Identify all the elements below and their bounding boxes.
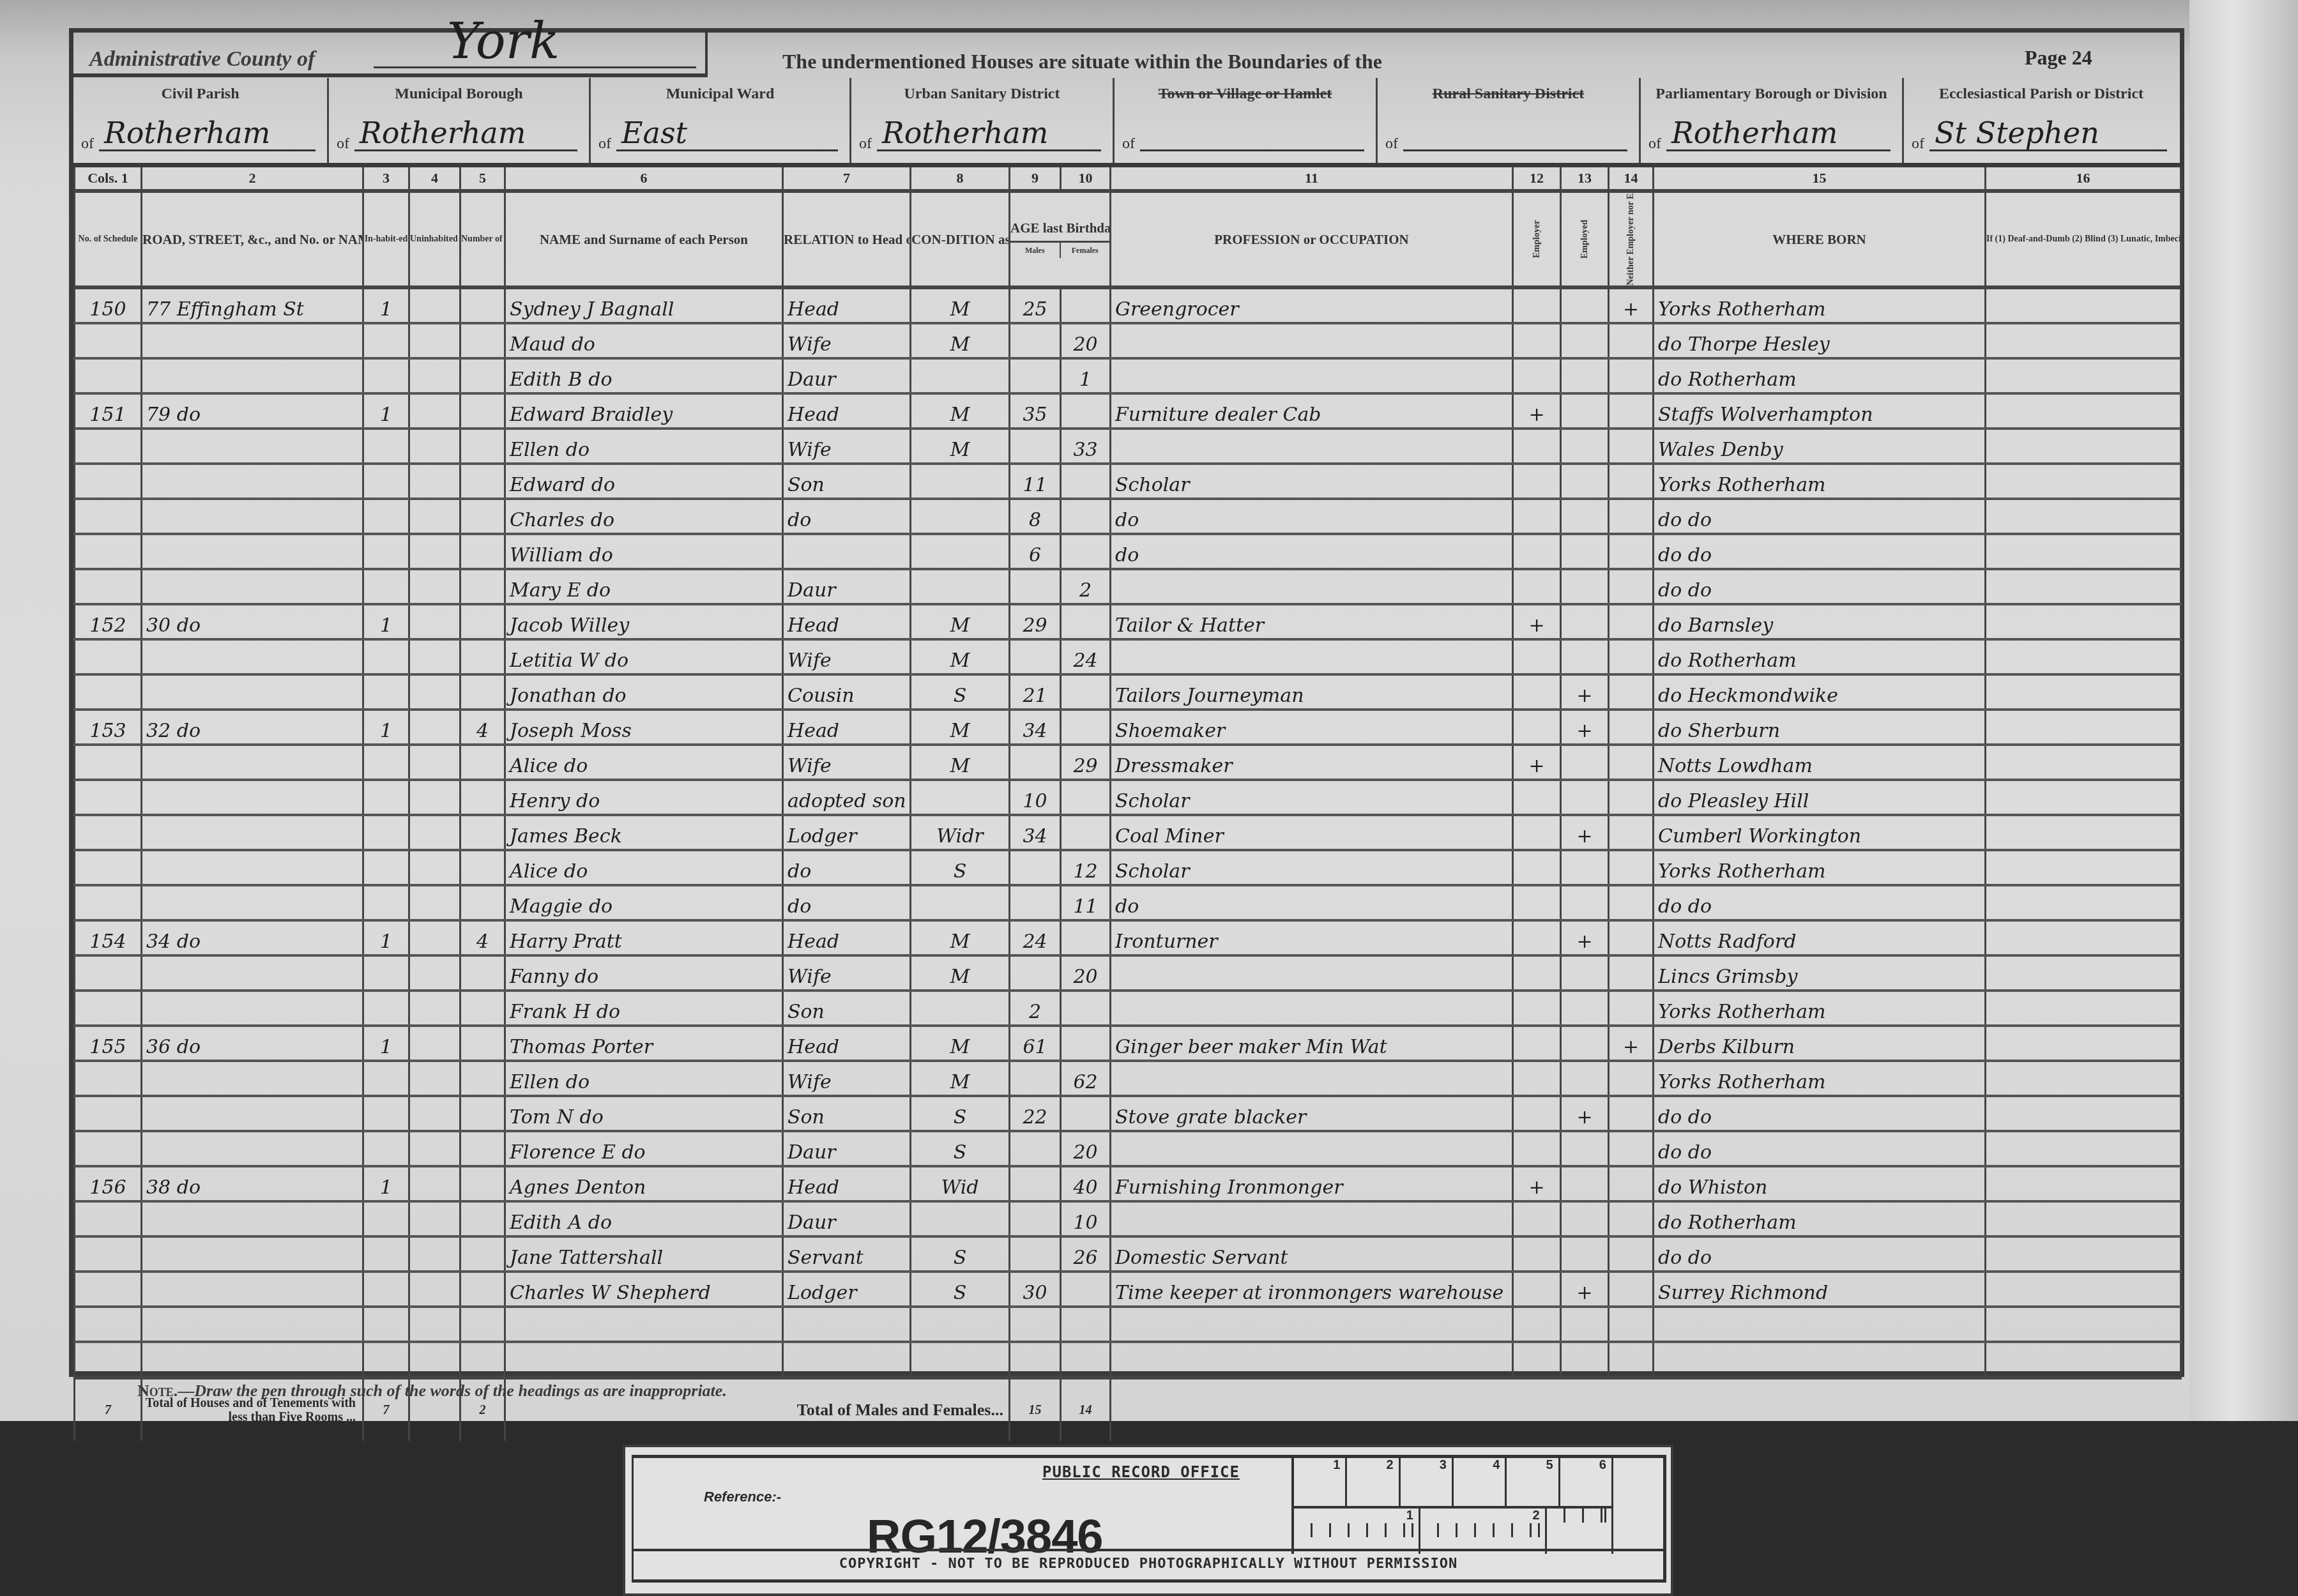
cell-female xyxy=(1061,604,1111,639)
cell-road xyxy=(142,885,363,920)
cell-born: do do xyxy=(1654,534,1986,569)
cell-employed xyxy=(1561,1131,1609,1166)
cell-condition xyxy=(911,991,1010,1026)
cell-name: Charles W Shepherd xyxy=(505,1272,783,1307)
cell-schedule xyxy=(75,429,142,464)
cell-relation: Servant xyxy=(783,1236,911,1272)
cell-road xyxy=(142,745,363,780)
header-where-born: WHERE BORN xyxy=(1654,191,1986,287)
census-table: Cols. 1 2 3 4 5 6 7 8 9 10 11 12 13 14 1… xyxy=(73,167,2182,1441)
cell-road: 32 do xyxy=(142,710,363,745)
ruler-mark xyxy=(1547,1509,1613,1554)
column-numbers-row: Cols. 1 2 3 4 5 6 7 8 9 10 11 12 13 14 1… xyxy=(75,167,2181,191)
cell-employed: + xyxy=(1561,920,1609,955)
cell-employed xyxy=(1561,1342,1609,1378)
cell-female xyxy=(1061,393,1111,429)
colnum: 2 xyxy=(142,167,363,191)
cell-infirmity xyxy=(1986,1166,2181,1201)
cell-name: Tom N do xyxy=(505,1096,783,1131)
cell-rooms xyxy=(460,815,505,850)
cell-name: Frank H do xyxy=(505,991,783,1026)
cell-uninhabited xyxy=(409,991,460,1026)
cell-employed xyxy=(1561,780,1609,815)
district-parliamentary: Parliamentary Borough or Division of Rot… xyxy=(1641,78,1904,163)
cell-occupation xyxy=(1111,1131,1513,1166)
cell-condition xyxy=(911,569,1010,604)
cell-male: 29 xyxy=(1010,604,1061,639)
cell-road xyxy=(142,1307,363,1342)
cell-schedule xyxy=(75,323,142,358)
cell-male: 8 xyxy=(1010,499,1061,534)
district-of: of xyxy=(1648,135,1661,153)
cell-female xyxy=(1061,534,1111,569)
cell-inhabited xyxy=(363,850,409,885)
cell-inhabited xyxy=(363,1236,409,1272)
cell-infirmity xyxy=(1986,499,2181,534)
cell-male: 11 xyxy=(1010,464,1061,499)
cell-schedule xyxy=(75,815,142,850)
cell-schedule xyxy=(75,499,142,534)
header-age-label: AGE last Birthday of xyxy=(1010,220,1109,236)
cell-infirmity xyxy=(1986,1236,2181,1272)
cell-employed xyxy=(1561,429,1609,464)
cell-infirmity xyxy=(1986,745,2181,780)
cell-born: Yorks Rotherham xyxy=(1654,464,1986,499)
cell-born: Yorks Rotherham xyxy=(1654,287,1986,323)
cell-schedule: 152 xyxy=(75,604,142,639)
cell-uninhabited xyxy=(409,429,460,464)
cell-employed xyxy=(1561,323,1609,358)
cell-occupation: do xyxy=(1111,885,1513,920)
cell-inhabited xyxy=(363,955,409,991)
cell-schedule xyxy=(75,991,142,1026)
cell-relation: Wife xyxy=(783,323,911,358)
cell-relation: Cousin xyxy=(783,674,911,710)
cell-schedule: 150 xyxy=(75,287,142,323)
cell-schedule xyxy=(75,1272,142,1307)
cell-female xyxy=(1061,464,1111,499)
cell-road xyxy=(142,323,363,358)
cell-occupation: Furniture dealer Cab xyxy=(1111,393,1513,429)
cell-employer xyxy=(1513,780,1561,815)
cell-infirmity xyxy=(1986,885,2181,920)
cell-born: Derbs Kilburn xyxy=(1654,1026,1986,1061)
colnum: 10 xyxy=(1061,167,1111,191)
cell-relation: Head xyxy=(783,604,911,639)
cell-neither xyxy=(1609,323,1654,358)
cell-employed xyxy=(1561,569,1609,604)
cell-inhabited xyxy=(363,1272,409,1307)
cell-rooms xyxy=(460,850,505,885)
cell-neither xyxy=(1609,499,1654,534)
cell-occupation: Stove grate blacker xyxy=(1111,1096,1513,1131)
cell-name: Edith B do xyxy=(505,358,783,393)
cell-relation xyxy=(783,1307,911,1342)
cell-relation: Son xyxy=(783,991,911,1026)
cell-uninhabited xyxy=(409,920,460,955)
table-row: Alice doWifeM29Dressmaker+Notts Lowdham xyxy=(75,745,2181,780)
cell-infirmity xyxy=(1986,1272,2181,1307)
cell-name: Alice do xyxy=(505,745,783,780)
cell-rooms xyxy=(460,429,505,464)
cell-schedule xyxy=(75,780,142,815)
cell-male: 10 xyxy=(1010,780,1061,815)
table-row: James BeckLodgerWidr34Coal Miner+Cumberl… xyxy=(75,815,2181,850)
cell-name: Ellen do xyxy=(505,1061,783,1096)
cell-female xyxy=(1061,1342,1111,1378)
table-row: 15077 Effingham St1Sydney J BagnallHeadM… xyxy=(75,287,2181,323)
cell-employer xyxy=(1513,1131,1561,1166)
colnum: 15 xyxy=(1654,167,1986,191)
cell-neither xyxy=(1609,393,1654,429)
reference-label: Reference:- xyxy=(704,1489,781,1505)
table-row: Ellen doWifeM62Yorks Rotherham xyxy=(75,1061,2181,1096)
cell-female xyxy=(1061,815,1111,850)
cell-rooms xyxy=(460,358,505,393)
cell-male xyxy=(1010,639,1061,674)
cell-neither xyxy=(1609,604,1654,639)
cell-condition: Wid xyxy=(911,1166,1010,1201)
cell-inhabited xyxy=(363,1061,409,1096)
ruler-mark: 4 xyxy=(1454,1458,1507,1506)
cell-occupation: Tailors Journeyman xyxy=(1111,674,1513,710)
table-row: Edith B doDaur1do Rotherham xyxy=(75,358,2181,393)
cell-female: 33 xyxy=(1061,429,1111,464)
cell-inhabited xyxy=(363,1201,409,1236)
cell-infirmity xyxy=(1986,1201,2181,1236)
ruler-ticks xyxy=(1420,1523,1540,1537)
cell-female: 20 xyxy=(1061,955,1111,991)
cell-uninhabited xyxy=(409,569,460,604)
cell-male xyxy=(1010,955,1061,991)
cell-condition: M xyxy=(911,604,1010,639)
cell-rooms xyxy=(460,745,505,780)
cell-neither xyxy=(1609,1096,1654,1131)
cell-relation: Wife xyxy=(783,639,911,674)
cell-female: 2 xyxy=(1061,569,1111,604)
cell-relation: Wife xyxy=(783,429,911,464)
header-employer: Employer xyxy=(1513,191,1561,287)
cell-road xyxy=(142,639,363,674)
cell-employer xyxy=(1513,920,1561,955)
cell-neither xyxy=(1609,815,1654,850)
cell-schedule xyxy=(75,1131,142,1166)
cell-infirmity xyxy=(1986,639,2181,674)
cell-rooms xyxy=(460,1096,505,1131)
cell-condition: M xyxy=(911,323,1010,358)
district-municipal-borough: Municipal Borough of Rotherham xyxy=(329,78,591,163)
cell-name: Fanny do xyxy=(505,955,783,991)
cell-inhabited xyxy=(363,780,409,815)
cell-rooms xyxy=(460,499,505,534)
cell-schedule xyxy=(75,1061,142,1096)
cell-infirmity xyxy=(1986,1096,2181,1131)
cell-born: do Heckmondwike xyxy=(1654,674,1986,710)
cell-name: Jonathan do xyxy=(505,674,783,710)
cell-rooms xyxy=(460,323,505,358)
cell-inhabited: 1 xyxy=(363,1026,409,1061)
cell-name: Edward do xyxy=(505,464,783,499)
cell-relation: Head xyxy=(783,393,911,429)
cell-schedule xyxy=(75,955,142,991)
cell-employer xyxy=(1513,1201,1561,1236)
cell-road xyxy=(142,1342,363,1378)
ruler-mark: 5 xyxy=(1507,1458,1560,1506)
cell-employed xyxy=(1561,604,1609,639)
cell-male xyxy=(1010,745,1061,780)
cell-neither xyxy=(1609,745,1654,780)
cell-employed xyxy=(1561,991,1609,1026)
cell-name: Thomas Porter xyxy=(505,1026,783,1061)
cell-neither: + xyxy=(1609,287,1654,323)
cell-employer xyxy=(1513,674,1561,710)
cell-female xyxy=(1061,1307,1111,1342)
cell-neither xyxy=(1609,429,1654,464)
cell-male: 34 xyxy=(1010,710,1061,745)
cell-born: Wales Denby xyxy=(1654,429,1986,464)
district-of: of xyxy=(81,135,94,153)
cell-relation: Head xyxy=(783,1026,911,1061)
cell-female: 26 xyxy=(1061,1236,1111,1272)
cell-rooms xyxy=(460,393,505,429)
county-label: Administrative County of xyxy=(89,47,315,72)
cell-uninhabited xyxy=(409,287,460,323)
cell-infirmity xyxy=(1986,358,2181,393)
cell-occupation: Coal Miner xyxy=(1111,815,1513,850)
cell-female: 20 xyxy=(1061,323,1111,358)
cell-employer xyxy=(1513,1342,1561,1378)
cell-rooms xyxy=(460,464,505,499)
cell-rooms xyxy=(460,1131,505,1166)
cell-name: Joseph Moss xyxy=(505,710,783,745)
district-value: Rotherham xyxy=(882,116,1048,150)
cell-occupation: Scholar xyxy=(1111,464,1513,499)
cell-uninhabited xyxy=(409,674,460,710)
cell-relation: Son xyxy=(783,464,911,499)
district-value: East xyxy=(621,116,687,150)
cell-rooms xyxy=(460,569,505,604)
header-uninhabited: Uninhabited (U.) or Building (B.) xyxy=(409,191,460,287)
cell-inhabited: 1 xyxy=(363,1166,409,1201)
cell-occupation xyxy=(1111,323,1513,358)
cell-neither xyxy=(1609,850,1654,885)
cell-relation: Wife xyxy=(783,955,911,991)
table-row: Charles dodo8dodo do xyxy=(75,499,2181,534)
header-neither: Neither Employer nor Employed xyxy=(1609,191,1654,287)
cell-schedule xyxy=(75,569,142,604)
cell-condition: M xyxy=(911,710,1010,745)
cell-inhabited xyxy=(363,639,409,674)
table-row: Maud doWifeM20do Thorpe Hesley xyxy=(75,323,2181,358)
cell-rooms xyxy=(460,1061,505,1096)
district-label: Town or Village or Hamlet xyxy=(1115,86,1376,102)
cell-road xyxy=(142,991,363,1026)
cell-rooms xyxy=(460,534,505,569)
cell-relation: do xyxy=(783,885,911,920)
cell-neither xyxy=(1609,1061,1654,1096)
cell-inhabited xyxy=(363,1342,409,1378)
district-label: Municipal Borough xyxy=(329,86,589,102)
cell-condition: M xyxy=(911,393,1010,429)
ruler-mark: 2 xyxy=(1420,1509,1547,1554)
cell-relation: Head xyxy=(783,287,911,323)
cell-uninhabited xyxy=(409,1166,460,1201)
census-rows: 15077 Effingham St1Sydney J BagnallHeadM… xyxy=(75,287,2181,1378)
cell-name: Maggie do xyxy=(505,885,783,920)
cell-born: Notts Radford xyxy=(1654,920,1986,955)
cell-uninhabited xyxy=(409,1131,460,1166)
cell-uninhabited xyxy=(409,639,460,674)
cell-rooms xyxy=(460,885,505,920)
cell-condition xyxy=(911,1201,1010,1236)
cell-neither xyxy=(1609,534,1654,569)
form-note: Note.—Draw the pen through such of the w… xyxy=(137,1381,727,1401)
cell-condition: Widr xyxy=(911,815,1010,850)
cell-occupation: Ironturner xyxy=(1111,920,1513,955)
cell-road: 79 do xyxy=(142,393,363,429)
cell-male: 30 xyxy=(1010,1272,1061,1307)
cell-born: do do xyxy=(1654,569,1986,604)
cell-occupation xyxy=(1111,358,1513,393)
table-row: 15638 do1Agnes DentonHeadWid40Furnishing… xyxy=(75,1166,2181,1201)
cell-road xyxy=(142,429,363,464)
table-row: 15536 do1Thomas PorterHeadM61Ginger beer… xyxy=(75,1026,2181,1061)
cell-born xyxy=(1654,1342,1986,1378)
cell-infirmity xyxy=(1986,850,2181,885)
cell-rooms: 4 xyxy=(460,920,505,955)
cell-employer xyxy=(1513,323,1561,358)
cell-relation: Wife xyxy=(783,745,911,780)
cell-neither xyxy=(1609,1236,1654,1272)
page-edge xyxy=(2189,0,2298,1421)
cell-condition xyxy=(911,534,1010,569)
cell-born: do Rotherham xyxy=(1654,358,1986,393)
cell-relation xyxy=(783,534,911,569)
cell-condition xyxy=(911,780,1010,815)
cell-born: do do xyxy=(1654,885,1986,920)
cell-neither xyxy=(1609,1272,1654,1307)
cell-inhabited xyxy=(363,674,409,710)
colnum: 13 xyxy=(1561,167,1609,191)
table-row xyxy=(75,1342,2181,1378)
cell-employer xyxy=(1513,850,1561,885)
cell-condition: M xyxy=(911,287,1010,323)
district-value: St Stephen xyxy=(1935,116,2099,150)
column-headers-row: No. of Schedule ROAD, STREET, &c., and N… xyxy=(75,191,2181,287)
cell-occupation xyxy=(1111,639,1513,674)
cell-born: Surrey Richmond xyxy=(1654,1272,1986,1307)
cell-employer xyxy=(1513,569,1561,604)
cell-road xyxy=(142,780,363,815)
district-row: Civil Parish of Rotherham Municipal Boro… xyxy=(73,78,2181,167)
table-row: Florence E doDaurS20do do xyxy=(75,1131,2181,1166)
cell-rooms xyxy=(460,1201,505,1236)
cell-infirmity xyxy=(1986,710,2181,745)
cell-employer xyxy=(1513,464,1561,499)
cell-male xyxy=(1010,1236,1061,1272)
cell-female xyxy=(1061,1096,1111,1131)
cell-condition xyxy=(911,499,1010,534)
header-rooms: Number of rooms occupied if less than fi… xyxy=(460,191,505,287)
cell-female xyxy=(1061,499,1111,534)
cell-neither xyxy=(1609,674,1654,710)
cell-schedule xyxy=(75,464,142,499)
cell-relation: Head xyxy=(783,710,911,745)
table-row: Jane TattershallServantS26Domestic Serva… xyxy=(75,1236,2181,1272)
cell-female: 11 xyxy=(1061,885,1111,920)
district-civil-parish: Civil Parish of Rotherham xyxy=(73,78,329,163)
cell-occupation xyxy=(1111,1061,1513,1096)
cell-condition: S xyxy=(911,850,1010,885)
cell-neither xyxy=(1609,1307,1654,1342)
cell-uninhabited xyxy=(409,1307,460,1342)
cell-born: do Barnsley xyxy=(1654,604,1986,639)
header-relation: RELATION to Head of Family xyxy=(783,191,911,287)
cell-road xyxy=(142,674,363,710)
cell-neither xyxy=(1609,358,1654,393)
table-row: William do6dodo do xyxy=(75,534,2181,569)
cell-born: Yorks Rotherham xyxy=(1654,991,1986,1026)
header-road: ROAD, STREET, &c., and No. or NAME of HO… xyxy=(142,191,363,287)
district-ecclesiastical: Ecclesiastical Parish or District of St … xyxy=(1904,78,2179,163)
cell-neither xyxy=(1609,1131,1654,1166)
table-row: Fanny doWifeM20Lincs Grimsby xyxy=(75,955,2181,991)
cell-occupation: Domestic Servant xyxy=(1111,1236,1513,1272)
cell-employed xyxy=(1561,287,1609,323)
district-label: Municipal Ward xyxy=(591,86,849,102)
colnum: 12 xyxy=(1513,167,1561,191)
cell-road xyxy=(142,1096,363,1131)
cell-road xyxy=(142,1201,363,1236)
cell-born: do Sherburn xyxy=(1654,710,1986,745)
note-text: Draw the pen through such of the words o… xyxy=(194,1381,727,1400)
cell-employed xyxy=(1561,1236,1609,1272)
cell-road xyxy=(142,464,363,499)
cell-neither xyxy=(1609,920,1654,955)
cell-employed xyxy=(1561,464,1609,499)
header-schedule: No. of Schedule xyxy=(75,191,142,287)
cell-occupation xyxy=(1111,1342,1513,1378)
cell-relation: Wife xyxy=(783,1061,911,1096)
cell-rooms xyxy=(460,604,505,639)
cell-condition: M xyxy=(911,1026,1010,1061)
cell-schedule: 154 xyxy=(75,920,142,955)
cell-employed xyxy=(1561,955,1609,991)
table-row xyxy=(75,1307,2181,1342)
cell-road xyxy=(142,1131,363,1166)
cell-inhabited: 1 xyxy=(363,287,409,323)
district-label: Urban Sanitary District xyxy=(851,86,1113,102)
cell-uninhabited xyxy=(409,815,460,850)
district-municipal-ward: Municipal Ward of East xyxy=(591,78,851,163)
colnum: 11 xyxy=(1111,167,1513,191)
total-schedules: 7 xyxy=(75,1378,142,1441)
cell-condition xyxy=(911,1307,1010,1342)
colnum: 6 xyxy=(505,167,783,191)
cell-employed xyxy=(1561,1307,1609,1342)
cell-infirmity xyxy=(1986,534,2181,569)
cell-inhabited xyxy=(363,1131,409,1166)
cell-name: Henry do xyxy=(505,780,783,815)
cell-condition: S xyxy=(911,1236,1010,1272)
cell-name: Agnes Denton xyxy=(505,1166,783,1201)
cell-relation: Son xyxy=(783,1096,911,1131)
cell-infirmity xyxy=(1986,920,2181,955)
cell-inhabited xyxy=(363,1307,409,1342)
table-row: Letitia W doWifeM24do Rotherham xyxy=(75,639,2181,674)
cell-inhabited xyxy=(363,815,409,850)
cell-female: 62 xyxy=(1061,1061,1111,1096)
